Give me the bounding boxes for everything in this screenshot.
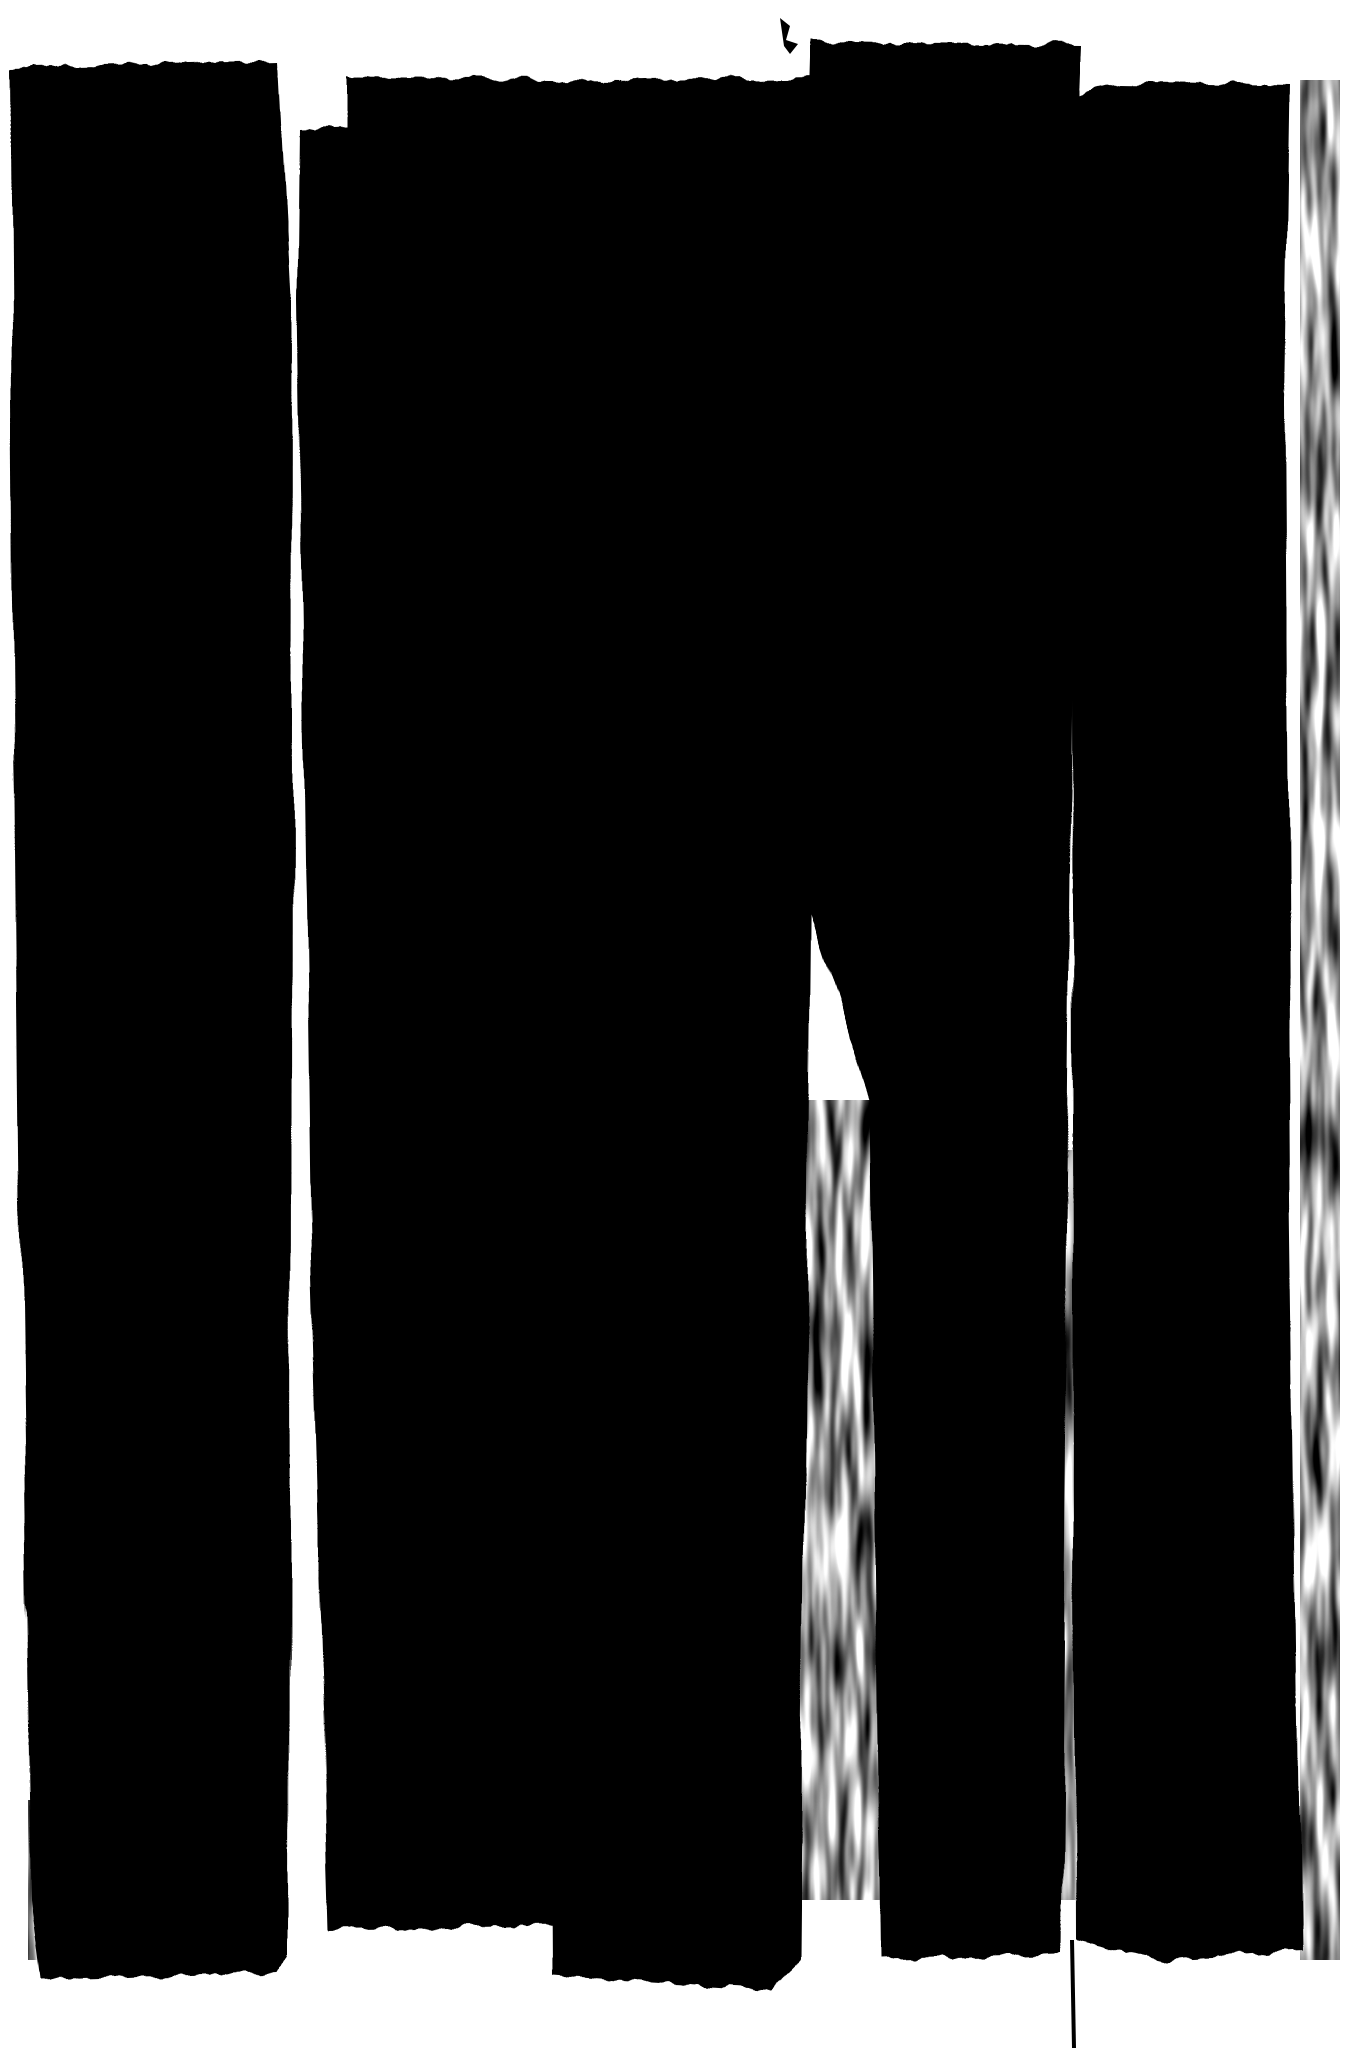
- ink-splatter: [780, 18, 798, 54]
- drip-line: [1072, 1940, 1074, 2048]
- brush-stroke-3: [538, 78, 820, 1990]
- brush-strokes: [10, 42, 1300, 1990]
- brush-stroke-5: [1070, 82, 1300, 1960]
- brush-stroke-1: [10, 62, 292, 1980]
- brush-stroke-artwork: [0, 0, 1367, 2048]
